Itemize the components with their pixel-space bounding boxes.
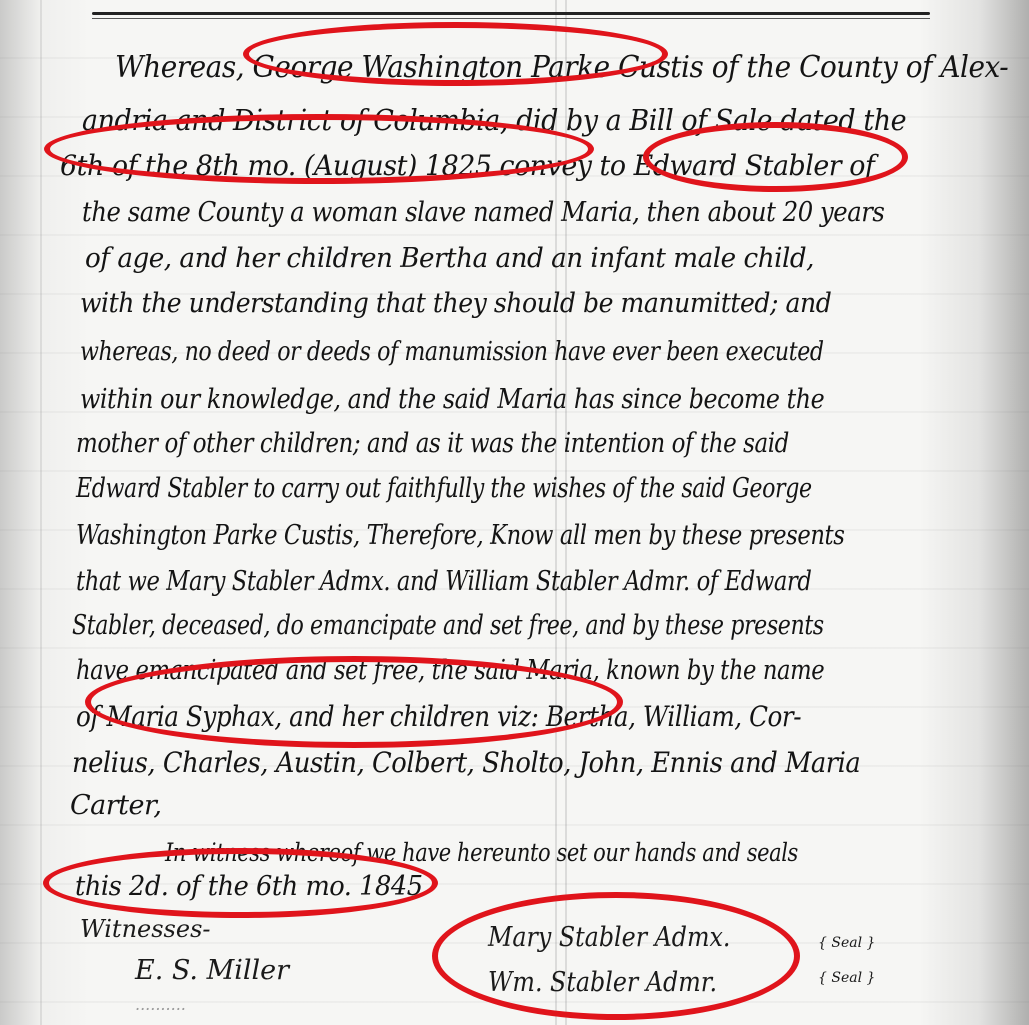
text-line-7: whereas, no deed or deeds of manumission…	[80, 337, 824, 367]
text-line-4: the same County a woman slave named Mari…	[82, 197, 884, 228]
highlight-ellipse-bill-date	[44, 114, 594, 184]
text-line-11: Washington Parke Custis, Therefore, Know…	[76, 520, 844, 551]
text-line-5: of age, and her children Bertha and an i…	[85, 243, 814, 274]
margin-line	[40, 0, 42, 1025]
seal-1: { Seal }	[818, 935, 875, 951]
highlight-ellipse-maria-syphax	[85, 656, 623, 748]
top-rule-secondary	[92, 18, 930, 19]
text-line-8: within our knowledge, and the said Maria…	[80, 384, 824, 415]
text-line-12: that we Mary Stabler Admx. and William S…	[76, 566, 811, 597]
highlight-ellipse-signatures	[432, 892, 800, 1020]
top-rule	[92, 12, 930, 15]
text-line-9: mother of other children; and as it was …	[76, 428, 789, 459]
highlight-ellipse-custis	[243, 22, 668, 86]
seal-2: { Seal }	[818, 970, 875, 986]
text-line-13: Stabler, deceased, do emancipate and set…	[72, 610, 824, 641]
witness-signature: E. S. Miller	[135, 955, 289, 986]
witness-faded: ..........	[135, 995, 186, 1014]
text-line-10: Edward Stabler to carry out faithfully t…	[76, 473, 812, 504]
text-line-6: with the understanding that they should …	[80, 288, 831, 319]
text-line-17: Carter,	[70, 790, 162, 821]
highlight-ellipse-manumission-date	[43, 848, 438, 918]
highlight-ellipse-edward-stabler	[643, 122, 908, 192]
witnesses-label: Witnesses-	[80, 915, 211, 943]
text-line-16: nelius, Charles, Austin, Colbert, Sholto…	[72, 746, 860, 779]
